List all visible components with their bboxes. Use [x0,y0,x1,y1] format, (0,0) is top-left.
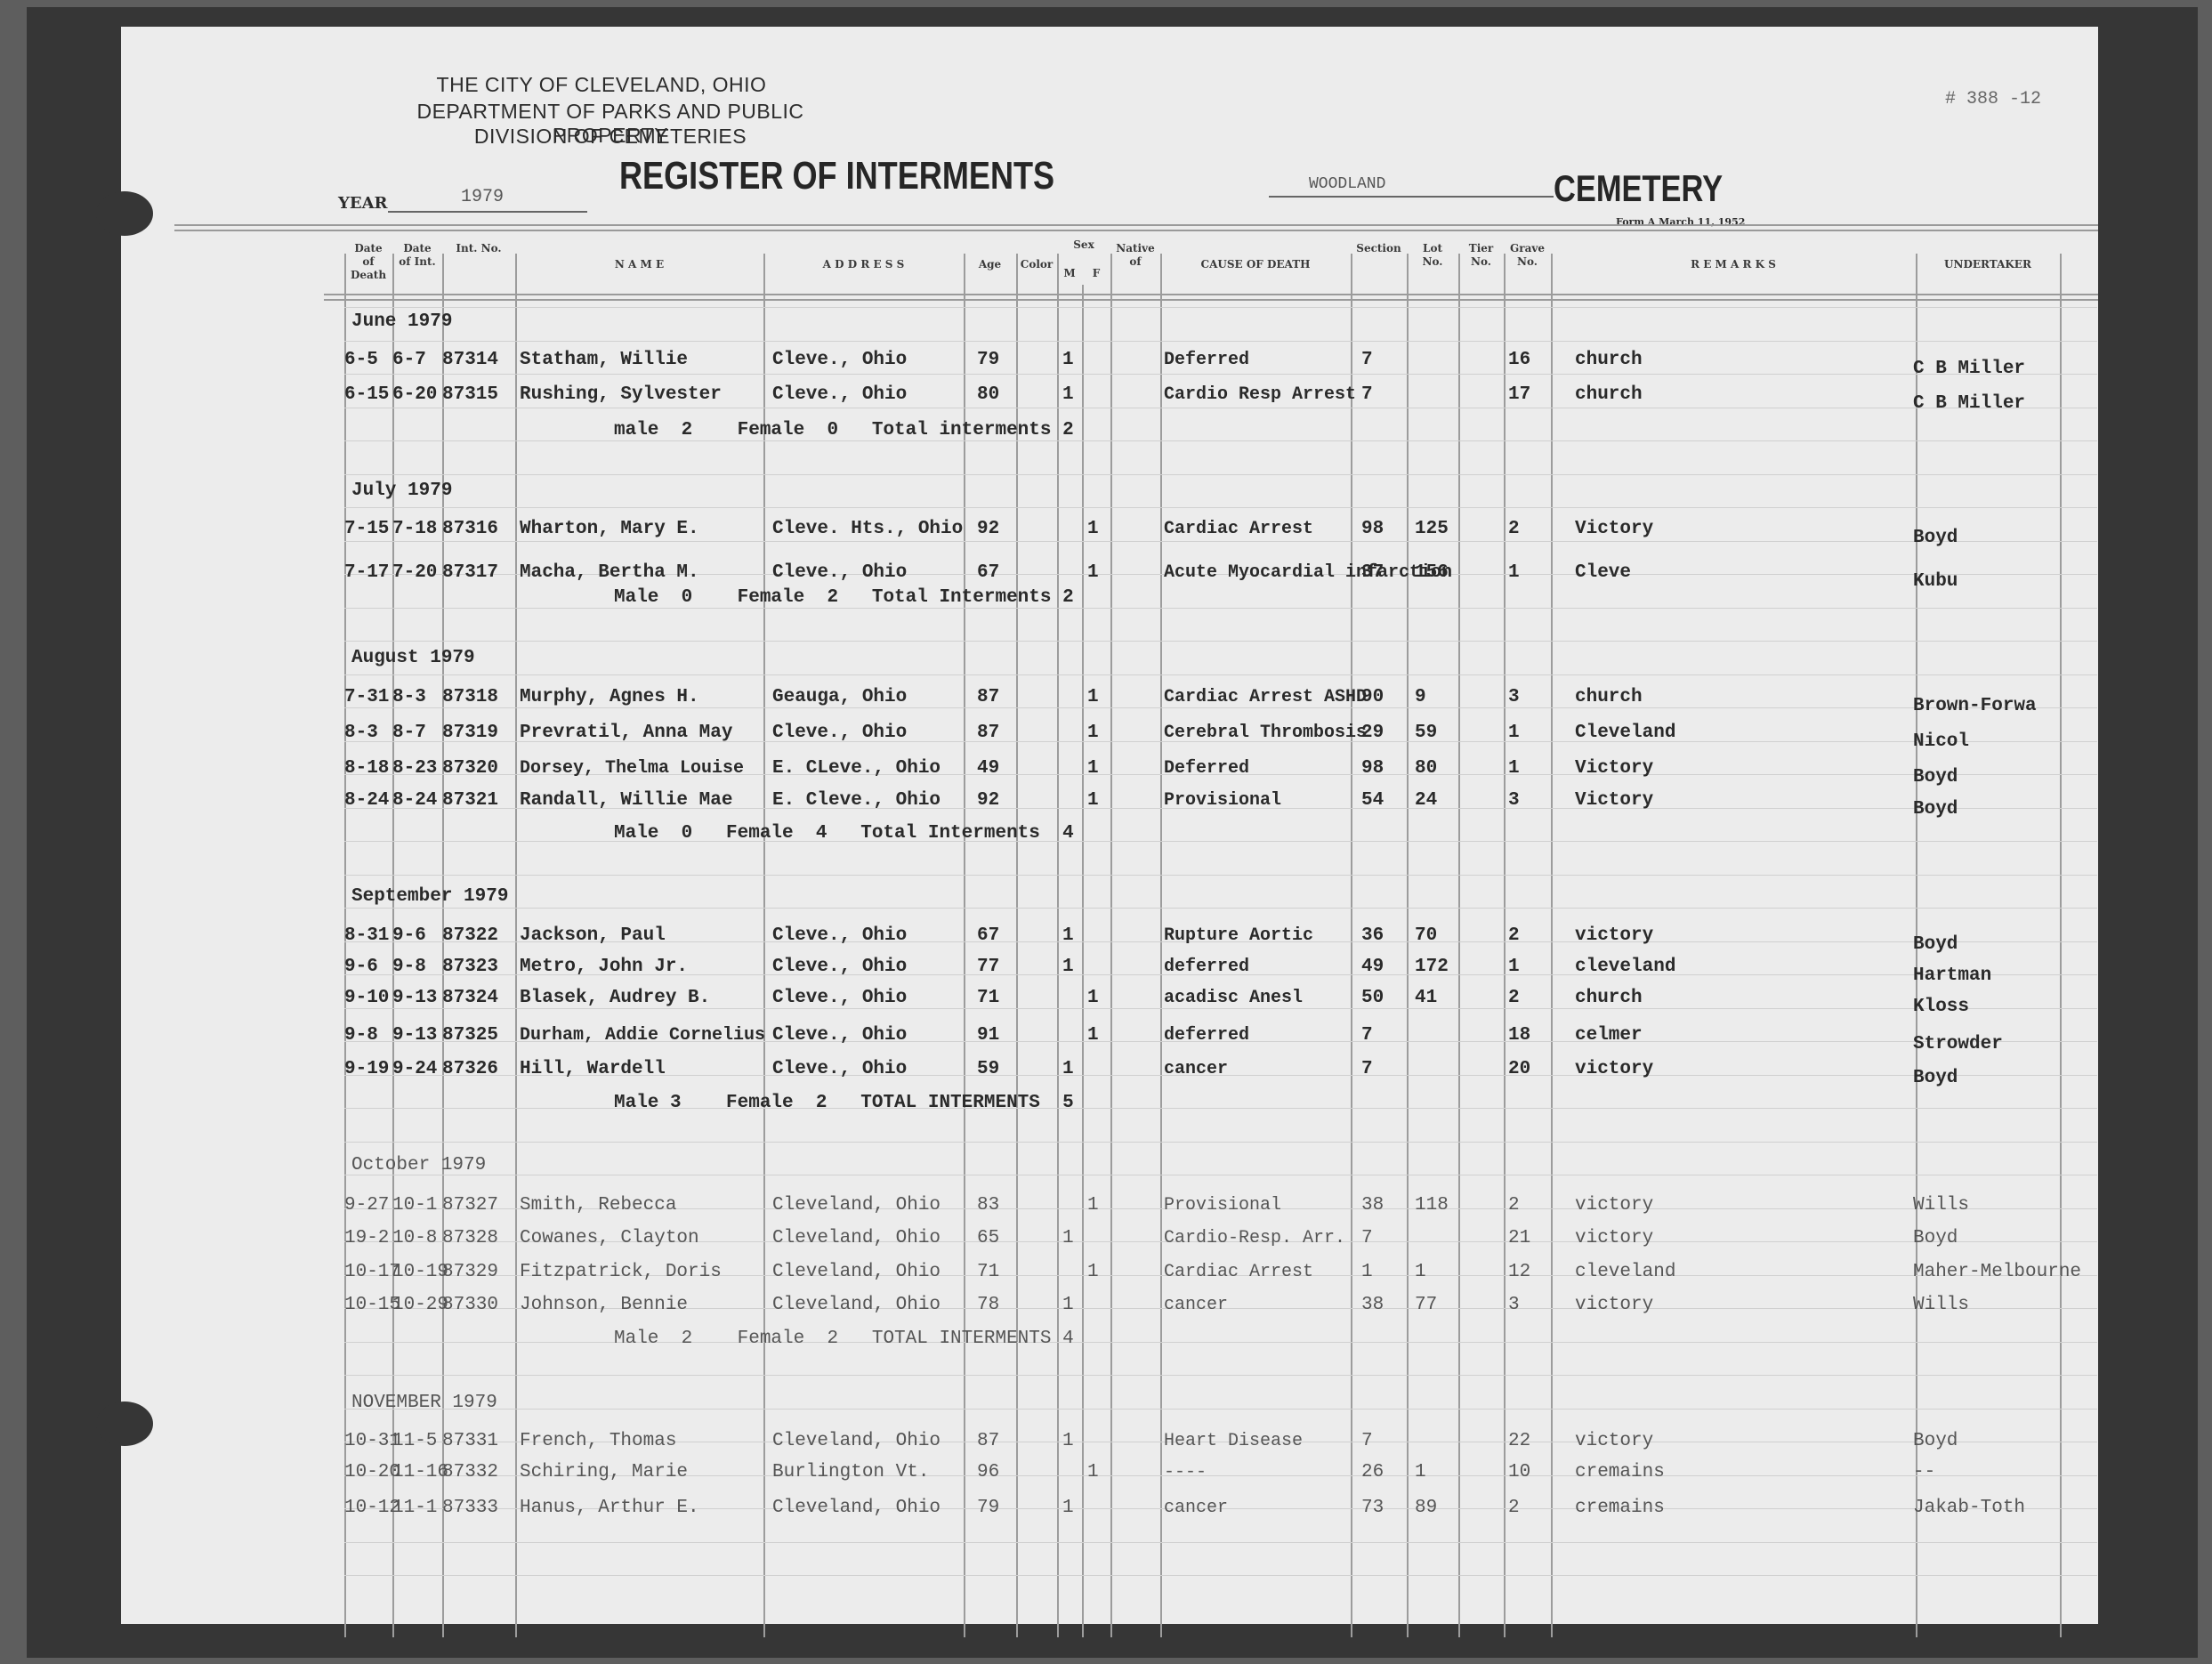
cell-remarks: cremains [1575,1498,1665,1518]
cell-address: Cleve., Ohio [772,1059,907,1079]
month-heading: August 1979 [351,648,475,668]
column-header-section: Section [1351,242,1407,255]
cell-cause-of-death: Provisional [1164,1195,1281,1216]
ruled-line [344,474,2097,475]
cell-undertaker: Boyd [1913,1228,1958,1248]
cell-section: 38 [1361,1295,1384,1315]
column-header-grave-no: Grave No. [1504,242,1551,269]
cell-undertaker: Hartman [1913,965,1991,986]
cell-section: 50 [1361,988,1384,1008]
cell-sex-f: 1 [1087,519,1099,539]
cell-sex-m: 1 [1062,1498,1074,1518]
cell-int-no: 87331 [442,1431,498,1451]
cell-sex-m: 1 [1062,1295,1074,1315]
cell-cause-of-death: Cerebral Thrombosis [1164,723,1367,743]
cell-age: 78 [977,1295,999,1315]
cell-name: Metro, John Jr. [520,957,688,977]
cell-date-of-int: 11-16 [392,1462,448,1482]
cell-name: Smith, Rebecca [520,1195,676,1216]
cell-remarks: Victory [1575,790,1653,811]
cell-sex-m: 1 [1062,957,1074,977]
cell-date-of-death: 7-31 [344,687,389,707]
cell-undertaker: Kubu [1913,571,1958,592]
cell-age: 91 [977,1025,999,1046]
cell-age: 87 [977,687,999,707]
column-rule [1016,254,1018,1637]
column-rule [763,254,765,1637]
cell-section: 26 [1361,1462,1384,1482]
cell-grave-no: 12 [1508,1262,1530,1282]
cell-date-of-death: 8-18 [344,758,389,779]
column-header-cause-of-death: CAUSE OF DEATH [1160,258,1351,271]
cell-undertaker: Kloss [1913,997,1969,1017]
cell-date-of-death: 9-8 [344,1025,378,1046]
cell-age: 71 [977,988,999,1008]
cell-date-of-int: 8-24 [392,790,437,811]
cell-sex-m: 1 [1062,384,1074,405]
sheet-number: # 388 -12 [1945,89,2041,109]
cell-lot-no: 80 [1415,758,1437,779]
cell-address: Cleveland, Ohio [772,1228,941,1248]
column-rule [1504,254,1506,1637]
cell-name: Murphy, Agnes H. [520,687,699,707]
cell-age: 83 [977,1195,999,1216]
cell-undertaker: Maher-Melbourne [1913,1262,2081,1282]
ruled-line [344,507,2097,508]
cell-remarks: cremains [1575,1462,1665,1482]
month-summary: Male 0 Female 2 Total Interments 2 [614,587,1074,608]
cell-remarks: church [1575,350,1643,370]
column-header-remarks: R E M A R K S [1551,258,1916,271]
cell-int-no: 87315 [442,384,498,405]
cell-sex-f: 1 [1087,790,1099,811]
cell-address: E. CLeve., Ohio [772,758,941,779]
cell-int-no: 87333 [442,1498,498,1518]
cell-date-of-death: 7-15 [344,519,389,539]
cell-age: 79 [977,350,999,370]
month-heading: July 1979 [351,481,452,501]
cell-cause-of-death: deferred [1164,957,1249,977]
cell-date-of-int: 7-18 [392,519,437,539]
cell-cause-of-death: Acute Myocardial infarction [1164,562,1452,583]
cell-lot-no: 125 [1415,519,1449,539]
column-rule [1551,254,1553,1637]
cell-date-of-death: 9-6 [344,957,378,977]
cell-section: 7 [1361,1431,1373,1451]
cell-date-of-death: 9-19 [344,1059,389,1079]
cell-date-of-death: 8-3 [344,723,378,743]
cell-lot-no: 59 [1415,723,1437,743]
header-top-rule [174,224,2098,231]
binder-hole [96,191,153,236]
cell-lot-no: 77 [1415,1295,1437,1315]
cell-cause-of-death: Cardiac Arrest ASHD [1164,687,1367,707]
column-header-age: Age [964,258,1016,271]
cell-lot-no: 156 [1415,562,1449,583]
ruled-line [344,707,2097,708]
cell-cause-of-death: Heart Disease [1164,1431,1303,1451]
year-label: YEAR [338,194,388,213]
cell-lot-no: 24 [1415,790,1437,811]
cell-undertaker: Strowder [1913,1034,2003,1054]
cell-name: Cowanes, Clayton [520,1228,699,1248]
cell-undertaker: C B Miller [1913,359,2025,379]
cell-lot-no: 172 [1415,957,1449,977]
cell-name: Randall, Willie Mae [520,790,732,811]
cell-date-of-int: 9-13 [392,988,437,1008]
column-header-name: N A M E [515,258,763,271]
cell-section: 54 [1361,790,1384,811]
ruled-line [344,341,2097,342]
cell-int-no: 87319 [442,723,498,743]
column-header-tier-no: Tier No. [1458,242,1504,269]
header-bottom-rule [324,294,2098,301]
cell-name: Dorsey, Thelma Louise [520,758,744,779]
cell-grave-no: 21 [1508,1228,1530,1248]
cemetery-label: CEMETERY [1554,167,1723,210]
cell-name: Johnson, Bennie [520,1295,688,1315]
register-page: THE CITY OF CLEVELAND, OHIO DEPARTMENT O… [121,27,2098,1624]
column-rule [1351,254,1352,1637]
cell-undertaker: Boyd [1913,1431,1958,1451]
cell-section: 7 [1361,1228,1373,1248]
cell-sex-m: 1 [1062,925,1074,946]
cell-undertaker: Boyd [1913,799,1958,820]
cell-name: Schiring, Marie [520,1462,688,1482]
column-rule [1160,254,1162,1637]
cell-address: Cleveland, Ohio [772,1295,941,1315]
cell-date-of-death: 19-2 [344,1228,389,1248]
cell-section: 73 [1361,1498,1384,1518]
cell-int-no: 87328 [442,1228,498,1248]
cell-cause-of-death: cancer [1164,1498,1228,1518]
cell-int-no: 87330 [442,1295,498,1315]
cell-date-of-int: 9-6 [392,925,426,946]
cell-age: 96 [977,1462,999,1482]
cell-date-of-int: 10-1 [392,1195,437,1216]
cell-cause-of-death: Deferred [1164,758,1249,779]
cell-sex-f: 1 [1087,1025,1099,1046]
cell-address: Cleve., Ohio [772,957,907,977]
cell-date-of-int: 10-29 [392,1295,448,1315]
column-header-sex-m: M [1057,267,1082,280]
cell-sex-f: 1 [1087,1262,1099,1282]
cell-section: 37 [1361,562,1384,583]
year-underline [388,211,587,213]
cell-cause-of-death: acadisc Anesl [1164,988,1303,1008]
cell-lot-no: 89 [1415,1498,1437,1518]
cell-date-of-int: 7-20 [392,562,437,583]
cell-remarks: Victory [1575,758,1653,779]
agency-line-3: DIVISION OF CEMETERIES [450,125,771,149]
cell-address: Cleve., Ohio [772,1025,907,1046]
column-header-color: Color [1016,258,1057,271]
cell-address: Burlington Vt. [772,1462,929,1482]
cell-date-of-int: 10-8 [392,1228,437,1248]
cell-date-of-int: 9-24 [392,1059,437,1079]
cell-date-of-int: 10-19 [392,1262,448,1282]
ruled-line [344,440,2097,441]
cell-remarks: cleveland [1575,1262,1675,1282]
cell-remarks: victory [1575,925,1653,946]
cell-grave-no: 1 [1508,723,1520,743]
cell-int-no: 87323 [442,957,498,977]
cell-grave-no: 2 [1508,925,1520,946]
column-header-undertaker: UNDERTAKER [1916,258,2060,271]
cell-section: 29 [1361,723,1384,743]
column-header-date-of-death: Date of Death [344,242,392,282]
cell-age: 87 [977,723,999,743]
cell-cause-of-death: Cardiac Arrest [1164,519,1313,539]
cell-grave-no: 2 [1508,1195,1520,1216]
cell-age: 59 [977,1059,999,1079]
year-value: 1979 [461,187,504,207]
cell-grave-no: 1 [1508,758,1520,779]
cell-remarks: Cleve [1575,562,1631,583]
cell-grave-no: 20 [1508,1059,1530,1079]
cell-age: 92 [977,790,999,811]
cell-remarks: church [1575,384,1643,405]
register-title: REGISTER OF INTERMENTS [619,154,1054,198]
cell-section: 90 [1361,687,1384,707]
cell-int-no: 87318 [442,687,498,707]
cell-grave-no: 18 [1508,1025,1530,1046]
ruled-line [344,608,2097,609]
cell-int-no: 87317 [442,562,498,583]
cell-int-no: 87325 [442,1025,498,1046]
cell-date-of-int: 6-20 [392,384,437,405]
cell-sex-f: 1 [1087,687,1099,707]
month-summary: Male 0 Female 4 Total Interments 4 [614,823,1074,844]
cell-date-of-int: 8-3 [392,687,426,707]
cell-age: 65 [977,1228,999,1248]
column-rule [1057,254,1059,1637]
binder-hole [96,1401,153,1446]
cell-date-of-death: 6-15 [344,384,389,405]
cell-grave-no: 3 [1508,790,1520,811]
cell-remarks: Cleveland [1575,723,1675,743]
cell-int-no: 87316 [442,519,498,539]
cell-section: 7 [1361,1025,1373,1046]
cell-undertaker: Wills [1913,1295,1969,1315]
cell-lot-no: 41 [1415,988,1437,1008]
cell-grave-no: 17 [1508,384,1530,405]
cell-age: 67 [977,562,999,583]
cell-grave-no: 2 [1508,519,1520,539]
cell-section: 7 [1361,384,1373,405]
cemetery-underline [1269,196,1554,198]
ruled-line [344,1142,2097,1143]
column-header-sex-f: F [1082,267,1110,280]
cell-age: 71 [977,1262,999,1282]
cell-name: Hill, Wardell [520,1059,666,1079]
ruled-line [344,1575,2097,1576]
cell-name: Prevratil, Anna May [520,723,732,743]
cell-grave-no: 22 [1508,1431,1530,1451]
month-heading: September 1979 [351,886,508,907]
cell-sex-f: 1 [1087,1195,1099,1216]
cell-cause-of-death: deferred [1164,1025,1249,1046]
ruled-line [344,408,2097,408]
cell-sex-f: 1 [1087,723,1099,743]
cell-date-of-int: 11-1 [392,1498,437,1518]
cell-section: 98 [1361,758,1384,779]
cell-int-no: 87324 [442,988,498,1008]
cell-undertaker: Brown-Forwa [1913,696,2037,716]
cell-remarks: Victory [1575,519,1653,539]
cell-date-of-death: 6-5 [344,350,378,370]
cell-undertaker: C B Miller [1913,393,2025,414]
cell-age: 79 [977,1498,999,1518]
cell-name: Rushing, Sylvester [520,384,722,405]
column-header-date-of-int: Date of Int. [392,242,442,269]
cell-address: Cleveland, Ohio [772,1195,941,1216]
cell-lot-no: 118 [1415,1195,1449,1216]
cell-grave-no: 16 [1508,350,1530,370]
cell-date-of-int: 8-7 [392,723,426,743]
cell-section: 49 [1361,957,1384,977]
cell-date-of-int: 11-5 [392,1431,437,1451]
ruled-line [344,908,2097,909]
ruled-line [344,1175,2097,1175]
column-rule [1407,254,1409,1637]
cell-address: Cleveland, Ohio [772,1262,941,1282]
cell-name: Durham, Addie Cornelius [520,1025,765,1046]
cell-sex-f: 1 [1087,562,1099,583]
cell-address: Cleveland, Ohio [772,1431,941,1451]
cell-date-of-int: 8-23 [392,758,437,779]
cell-undertaker: Nicol [1913,731,1969,752]
column-rule [515,254,517,1637]
cell-address: Cleveland, Ohio [772,1498,941,1518]
cell-int-no: 87327 [442,1195,498,1216]
ruled-line [344,1375,2097,1376]
ruled-line [344,541,2097,542]
cell-name: Statham, Willie [520,350,688,370]
cell-date-of-death: 8-24 [344,790,389,811]
cell-age: 80 [977,384,999,405]
cell-cause-of-death: cancer [1164,1295,1228,1315]
column-header-native-of: Native of [1110,242,1160,269]
cell-cause-of-death: Cardio Resp Arrest [1164,384,1356,405]
cell-int-no: 87329 [442,1262,498,1282]
cell-remarks: victory [1575,1195,1653,1216]
cell-undertaker: Wills [1913,1195,1969,1216]
cell-grave-no: 3 [1508,687,1520,707]
column-rule [2060,254,2062,1637]
cell-undertaker: Boyd [1913,528,1958,548]
column-rule [1082,285,1084,1637]
cell-remarks: victory [1575,1059,1653,1079]
cell-remarks: celmer [1575,1025,1643,1046]
ruled-line [344,1108,2097,1109]
cell-date-of-death: 8-31 [344,925,389,946]
cell-section: 38 [1361,1195,1384,1216]
cell-age: 67 [977,925,999,946]
cell-date-of-death: 9-27 [344,1195,389,1216]
column-header-address: A D D R E S S [763,258,964,271]
cell-section: 98 [1361,519,1384,539]
cell-remarks: cleveland [1575,957,1675,977]
cell-name: French, Thomas [520,1431,676,1451]
cell-age: 77 [977,957,999,977]
cell-undertaker: -- [1913,1462,1935,1482]
cell-age: 92 [977,519,999,539]
cell-name: Macha, Bertha M. [520,562,699,583]
cell-grave-no: 2 [1508,1498,1520,1518]
cell-int-no: 87320 [442,758,498,779]
month-summary: male 2 Female 0 Total interments 2 [614,420,1074,440]
column-rule [1458,254,1460,1637]
cell-name: Fitzpatrick, Doris [520,1262,722,1282]
month-heading: NOVEMBER 1979 [351,1393,497,1413]
month-summary: Male 3 Female 2 TOTAL INTERMENTS 5 [614,1093,1074,1113]
ruled-line [344,307,2097,308]
cell-name: Jackson, Paul [520,925,666,946]
cell-name: Wharton, Mary E. [520,519,699,539]
cell-lot-no: 70 [1415,925,1437,946]
ruled-line [344,1409,2097,1410]
ruled-line [344,1342,2097,1343]
ruled-line [344,841,2097,842]
cell-remarks: church [1575,988,1643,1008]
cell-address: Cleve., Ohio [772,384,907,405]
cell-undertaker: Boyd [1913,1068,1958,1088]
ruled-line [344,674,2097,675]
column-rule [964,254,965,1637]
cell-cause-of-death: Rupture Aortic [1164,925,1313,946]
cell-name: Hanus, Arthur E. [520,1498,699,1518]
cell-int-no: 87321 [442,790,498,811]
cell-sex-m: 1 [1062,1228,1074,1248]
cell-section: 7 [1361,1059,1373,1079]
cell-date-of-int: 6-7 [392,350,426,370]
cell-int-no: 87314 [442,350,498,370]
cell-grave-no: 2 [1508,988,1520,1008]
cell-address: Cleve. Hts., Ohio [772,519,963,539]
cell-address: Cleve., Ohio [772,350,907,370]
cell-cause-of-death: Deferred [1164,350,1249,370]
month-heading: June 1979 [351,311,452,332]
cell-date-of-death: 9-10 [344,988,389,1008]
cell-remarks: victory [1575,1228,1653,1248]
cell-age: 87 [977,1431,999,1451]
cell-date-of-int: 9-13 [392,1025,437,1046]
cell-name: Blasek, Audrey B. [520,988,710,1008]
month-heading: October 1979 [351,1155,486,1175]
cell-int-no: 87326 [442,1059,498,1079]
cell-remarks: victory [1575,1295,1653,1315]
cell-address: Cleve., Ohio [772,988,907,1008]
cell-sex-m: 1 [1062,1059,1074,1079]
cell-age: 49 [977,758,999,779]
cell-lot-no: 9 [1415,687,1426,707]
cell-grave-no: 1 [1508,957,1520,977]
cell-grave-no: 1 [1508,562,1520,583]
column-rule [1110,254,1112,1637]
column-header-int-no: Int. No. [442,242,515,255]
cell-undertaker: Boyd [1913,767,1958,788]
ruled-line [344,641,2097,642]
cell-sex-f: 1 [1087,758,1099,779]
cell-int-no: 87322 [442,925,498,946]
column-header-lot-no: Lot No. [1407,242,1458,269]
cell-sex-f: 1 [1087,988,1099,1008]
cell-sex-m: 1 [1062,1431,1074,1451]
cell-cause-of-death: ---- [1164,1462,1207,1482]
cell-sex-m: 1 [1062,350,1074,370]
cell-remarks: victory [1575,1431,1653,1451]
